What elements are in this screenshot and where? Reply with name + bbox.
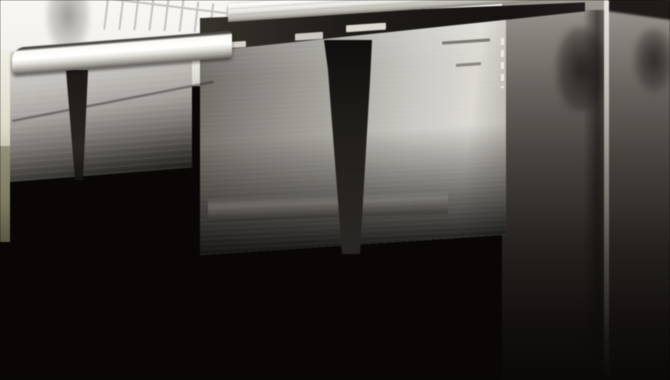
equipment-photograph: [0, 0, 670, 380]
latch-plate-3: [346, 23, 386, 33]
latch-plate-2: [295, 32, 323, 41]
steel-edge-highlight-line: [604, 0, 609, 380]
olive-wall-strip: [0, 146, 10, 242]
rail-badge: [160, 36, 186, 49]
right-reflection-blob-right: [634, 28, 670, 92]
panel-highlight-dashes: [501, 38, 504, 88]
